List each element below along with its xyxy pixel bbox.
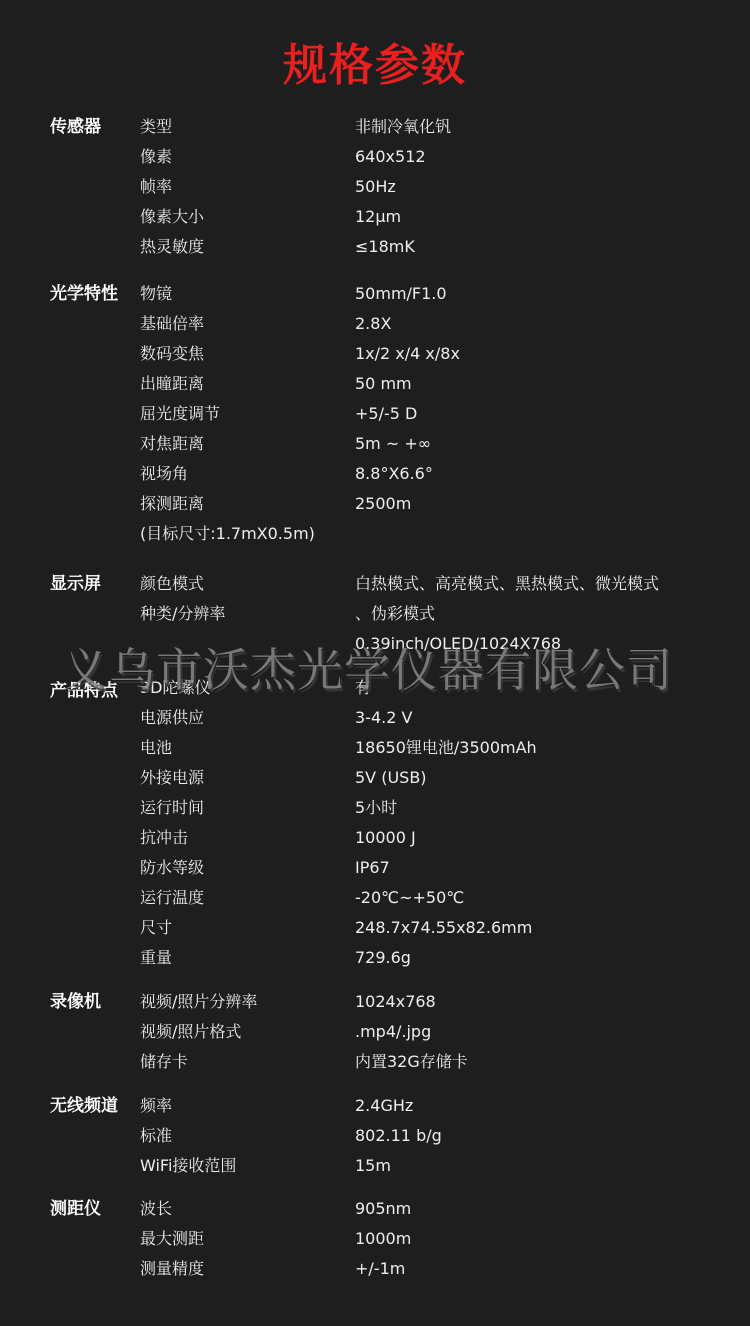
spec-label: 储存卡 [140, 1047, 188, 1077]
page-title: 规格参数 [0, 38, 750, 94]
spec-label: 帧率 [140, 172, 172, 202]
spec-label: 测量精度 [140, 1254, 204, 1284]
spec-value: 2.8X [355, 309, 391, 339]
spec-label: 运行温度 [140, 883, 204, 913]
spec-row: 像素大小12μm [0, 202, 750, 232]
spec-value: 8.8°X6.6° [355, 459, 433, 489]
spec-row: 种类/分辨率、伪彩模式 [0, 599, 750, 629]
spec-row: 屈光度调节+5/-5 D [0, 399, 750, 429]
spec-row: 帧率50Hz [0, 172, 750, 202]
spec-label: 颜色模式 [140, 569, 204, 599]
spec-row: 物镜50mm/F1.0 [0, 279, 750, 309]
spec-value: 10000 J [355, 823, 416, 853]
spec-value: 802.11 b/g [355, 1121, 442, 1151]
spec-row: 热灵敏度≤18mK [0, 232, 750, 262]
spec-row: 数码变焦1x/2 x/4 x/8x [0, 339, 750, 369]
spec-value: IP67 [355, 853, 390, 883]
spec-row: WiFi接收范围15m [0, 1151, 750, 1181]
spec-row: 最大测距1000m [0, 1224, 750, 1254]
spec-value: 1000m [355, 1224, 411, 1254]
section-sensor: 传感器 类型非制冷氧化钒 像素640x512 帧率50Hz 像素大小12μm 热… [0, 112, 750, 262]
spec-row: 类型非制冷氧化钒 [0, 112, 750, 142]
spec-row: 颜色模式白热模式、高亮模式、黑热模式、微光模式 [0, 569, 750, 599]
spec-label: 电池 [140, 733, 172, 763]
spec-row: 对焦距离5m ~ +∞ [0, 429, 750, 459]
spec-value: 5小时 [355, 793, 397, 823]
spec-value: 50mm/F1.0 [355, 279, 447, 309]
spec-value: 非制冷氧化钒 [355, 112, 451, 142]
spec-label: 视频/照片分辨率 [140, 987, 257, 1017]
spec-row: 标准802.11 b/g [0, 1121, 750, 1151]
spec-row: 出瞳距离50 mm [0, 369, 750, 399]
spec-label: 探测距离 [140, 489, 204, 519]
spec-label: 视场角 [140, 459, 188, 489]
spec-value: 5m ~ +∞ [355, 429, 431, 459]
spec-value: .mp4/.jpg [355, 1017, 431, 1047]
spec-value: ≤18mK [355, 232, 415, 262]
spec-row: 运行时间5小时 [0, 793, 750, 823]
spec-label: 数码变焦 [140, 339, 204, 369]
spec-row: 频率2.4GHz [0, 1091, 750, 1121]
spec-row: 电源供应3-4.2 V [0, 703, 750, 733]
spec-value: 12μm [355, 202, 401, 232]
spec-label: 3D陀螺仪 [140, 673, 211, 703]
spec-label: 频率 [140, 1091, 172, 1121]
spec-row: 3D陀螺仪有 [0, 673, 750, 703]
spec-value: 248.7x74.55x82.6mm [355, 913, 532, 943]
section-rangefinder: 测距仪 波长905nm 最大测距1000m 测量精度+/-1m [0, 1194, 750, 1284]
spec-row: (目标尺寸:1.7mX0.5m) [0, 519, 750, 549]
spec-value: +/-1m [355, 1254, 405, 1284]
spec-row: 运行温度-20℃~+50℃ [0, 883, 750, 913]
spec-row: 测量精度+/-1m [0, 1254, 750, 1284]
spec-row: 储存卡内置32G存储卡 [0, 1047, 750, 1077]
spec-value: 15m [355, 1151, 391, 1181]
spec-row: 重量729.6g [0, 943, 750, 973]
spec-value: 白热模式、高亮模式、黑热模式、微光模式 [355, 569, 659, 599]
spec-value: 50Hz [355, 172, 396, 202]
spec-label: 屈光度调节 [140, 399, 220, 429]
spec-note: (目标尺寸:1.7mX0.5m) [140, 519, 315, 549]
section-optics: 光学特性 物镜50mm/F1.0 基础倍率2.8X 数码变焦1x/2 x/4 x… [0, 279, 750, 549]
spec-value: 0.39inch/OLED/1024X768 [355, 629, 561, 659]
spec-row: 像素640x512 [0, 142, 750, 172]
spec-label: 对焦距离 [140, 429, 204, 459]
spec-row: 视频/照片格式.mp4/.jpg [0, 1017, 750, 1047]
spec-value: 内置32G存储卡 [355, 1047, 468, 1077]
spec-value: 2.4GHz [355, 1091, 413, 1121]
spec-row: 波长905nm [0, 1194, 750, 1224]
spec-label: 出瞳距离 [140, 369, 204, 399]
spec-label: 热灵敏度 [140, 232, 204, 262]
spec-row: 尺寸248.7x74.55x82.6mm [0, 913, 750, 943]
spec-value: 18650锂电池/3500mAh [355, 733, 537, 763]
section-recorder: 录像机 视频/照片分辨率1024x768 视频/照片格式.mp4/.jpg 储存… [0, 987, 750, 1077]
spec-label: 防水等级 [140, 853, 204, 883]
spec-row: 抗冲击10000 J [0, 823, 750, 853]
spec-label: 种类/分辨率 [140, 599, 225, 629]
spec-row: 防水等级IP67 [0, 853, 750, 883]
spec-value: 有 [355, 673, 371, 703]
spec-row: 外接电源5V (USB) [0, 763, 750, 793]
spec-label: 波长 [140, 1194, 172, 1224]
spec-label: 重量 [140, 943, 172, 973]
spec-label: 物镜 [140, 279, 172, 309]
spec-row: 视场角8.8°X6.6° [0, 459, 750, 489]
spec-label: WiFi接收范围 [140, 1151, 236, 1181]
spec-label: 运行时间 [140, 793, 204, 823]
spec-label: 视频/照片格式 [140, 1017, 241, 1047]
spec-label: 基础倍率 [140, 309, 204, 339]
spec-label: 电源供应 [140, 703, 204, 733]
spec-row: 电池18650锂电池/3500mAh [0, 733, 750, 763]
spec-value: -20℃~+50℃ [355, 883, 464, 913]
spec-label: 类型 [140, 112, 172, 142]
section-display: 显示屏 颜色模式白热模式、高亮模式、黑热模式、微光模式 种类/分辨率、伪彩模式 … [0, 569, 750, 659]
spec-row: 基础倍率2.8X [0, 309, 750, 339]
spec-row: 探测距离2500m [0, 489, 750, 519]
spec-value: 50 mm [355, 369, 412, 399]
spec-label: 像素 [140, 142, 172, 172]
spec-value: 3-4.2 V [355, 703, 412, 733]
spec-label: 最大测距 [140, 1224, 204, 1254]
spec-value: 729.6g [355, 943, 411, 973]
section-wireless: 无线频道 频率2.4GHz 标准802.11 b/g WiFi接收范围15m [0, 1091, 750, 1181]
spec-value: 5V (USB) [355, 763, 427, 793]
spec-label: 抗冲击 [140, 823, 188, 853]
section-features: 产品特点 3D陀螺仪有 电源供应3-4.2 V 电池18650锂电池/3500m… [0, 673, 750, 973]
spec-value: 、伪彩模式 [355, 599, 435, 629]
spec-label: 外接电源 [140, 763, 204, 793]
spec-value: 1x/2 x/4 x/8x [355, 339, 460, 369]
spec-row: 0.39inch/OLED/1024X768 [0, 629, 750, 659]
spec-value: 640x512 [355, 142, 426, 172]
spec-value: 1024x768 [355, 987, 436, 1017]
spec-value: +5/-5 D [355, 399, 417, 429]
spec-row: 视频/照片分辨率1024x768 [0, 987, 750, 1017]
spec-label: 尺寸 [140, 913, 172, 943]
spec-label: 标准 [140, 1121, 172, 1151]
spec-label: 像素大小 [140, 202, 204, 232]
spec-value: 2500m [355, 489, 411, 519]
spec-value: 905nm [355, 1194, 411, 1224]
